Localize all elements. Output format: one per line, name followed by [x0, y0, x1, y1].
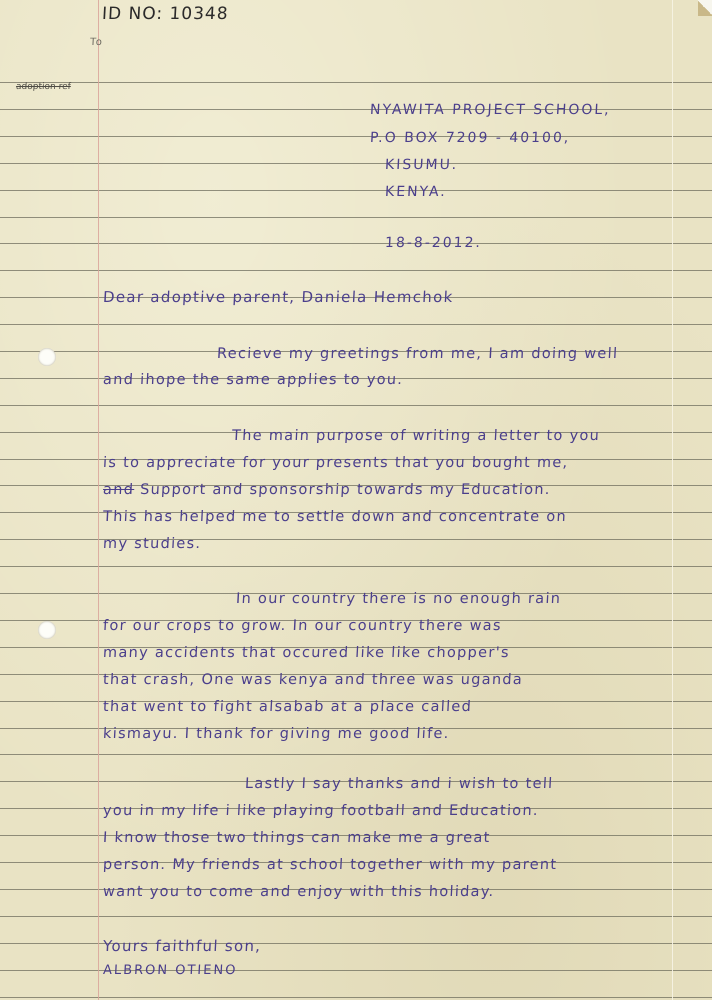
struck-word: and [103, 482, 135, 498]
address-school: NYAWITA PROJECT SCHOOL, [370, 103, 611, 117]
body-line: that crash, One was kenya and three was … [103, 673, 524, 688]
right-margin-line [672, 0, 673, 1000]
body-line: that went to fight alsabab at a place ca… [103, 700, 473, 715]
body-line: Lastly I say thanks and i wish to tell [245, 777, 554, 792]
body-line: my studies. [103, 537, 202, 552]
body-line-text: Support and sponsorship towards my Educa… [140, 482, 551, 498]
body-line: kismayu. I thank for giving me good life… [103, 727, 450, 742]
letter-date: 18-8-2012. [385, 236, 483, 250]
letter-paper: ID NO: 10348 To adoption ref NYAWITA PRO… [0, 0, 712, 1000]
signature: ALBRON OTIENO [103, 964, 238, 977]
rule-line [0, 566, 712, 567]
body-line: many accidents that occured like like ch… [103, 646, 511, 661]
to-mark: To [90, 38, 104, 48]
rule-line [0, 136, 712, 137]
id-number: ID NO: 10348 [102, 6, 229, 23]
punch-hole-icon [38, 621, 56, 639]
rule-line [0, 243, 712, 244]
left-margin-line [98, 0, 99, 1000]
body-line: and ihope the same applies to you. [103, 373, 404, 388]
rule-line [0, 82, 712, 83]
rule-line [0, 270, 712, 271]
rule-line [0, 324, 712, 325]
body-line: for our crops to grow. In our country th… [103, 619, 503, 634]
body-line: Recieve my greetings from me, I am doing… [217, 347, 619, 362]
rule-line [0, 217, 712, 218]
body-line: In our country there is no enough rain [236, 592, 562, 607]
body-line: person. My friends at school together wi… [103, 858, 558, 873]
struck-note: adoption ref [16, 83, 71, 92]
body-line: you in my life i like playing football a… [103, 804, 540, 819]
address-city: KISUMU. [385, 158, 459, 172]
punch-hole-icon [38, 348, 56, 366]
signoff: Yours faithful son, [103, 939, 262, 954]
folded-corner [698, 0, 712, 16]
body-line: This has helped me to settle down and co… [103, 510, 568, 525]
rule-line [0, 163, 712, 164]
body-line: want you to come and enjoy with this hol… [103, 885, 495, 900]
salutation: Dear adoptive parent, Daniela Hemchok [103, 290, 454, 305]
body-line: The main purpose of writing a letter to … [232, 429, 601, 444]
body-line: is to appreciate for your presents that … [103, 456, 569, 471]
rule-line [0, 916, 712, 917]
body-line: and Support and sponsorship towards my E… [103, 483, 551, 498]
rule-line [0, 405, 712, 406]
rule-line [0, 754, 712, 755]
body-line: I know those two things can make me a gr… [103, 831, 491, 846]
address-country: KENYA. [385, 185, 447, 199]
rule-line [0, 997, 712, 998]
address-po-box: P.O BOX 7209 - 40100, [370, 131, 571, 145]
rule-line [0, 190, 712, 191]
